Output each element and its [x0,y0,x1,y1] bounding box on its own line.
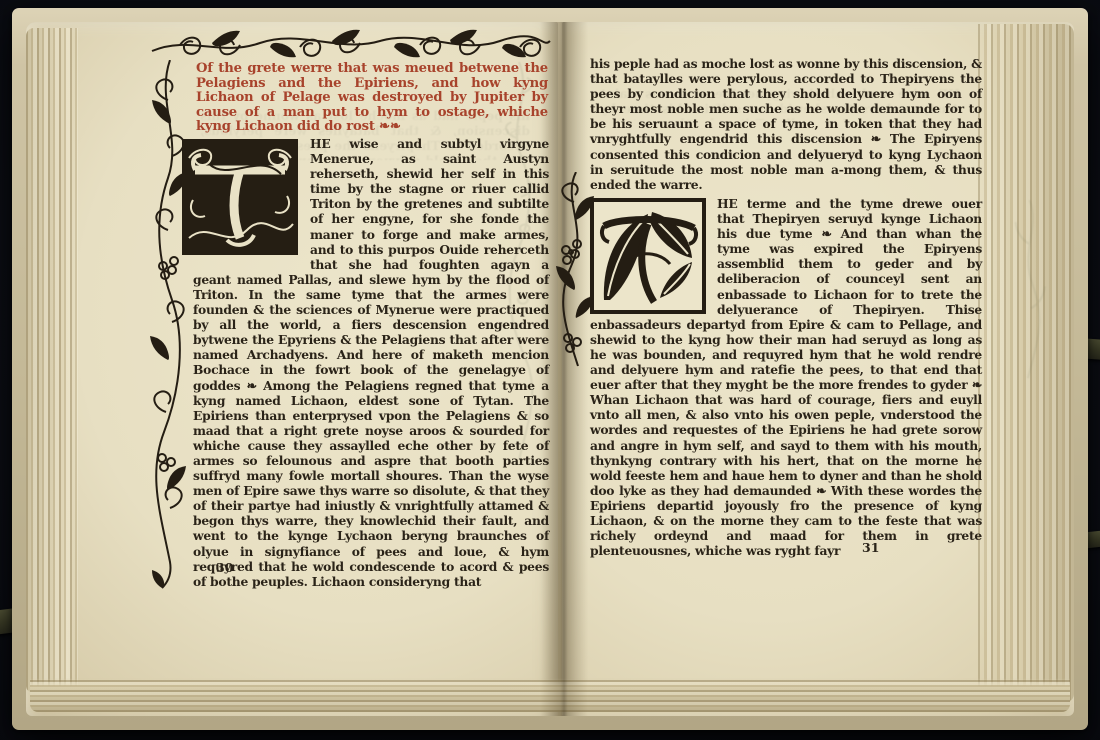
left-page-text: T HE wise and subtyl virgyne Menerue, as… [181,136,549,589]
photo-backdrop: his peple had as moche lost as wonne by … [0,0,1100,740]
leaf-initial-T-right: T [590,198,706,314]
page-number-31: 31 [862,540,879,555]
right-page-paragraph-2: T HE terme and the tyme drewe ouer that … [590,196,982,558]
page-number-30: 30 [216,560,233,575]
ornate-initial-T-left: T [181,138,299,256]
chapter-rubric: Of the grete werre that was meued betwen… [196,62,548,135]
right-page-paragraph-1: his peple had as moche lost as wonne by … [590,56,982,192]
